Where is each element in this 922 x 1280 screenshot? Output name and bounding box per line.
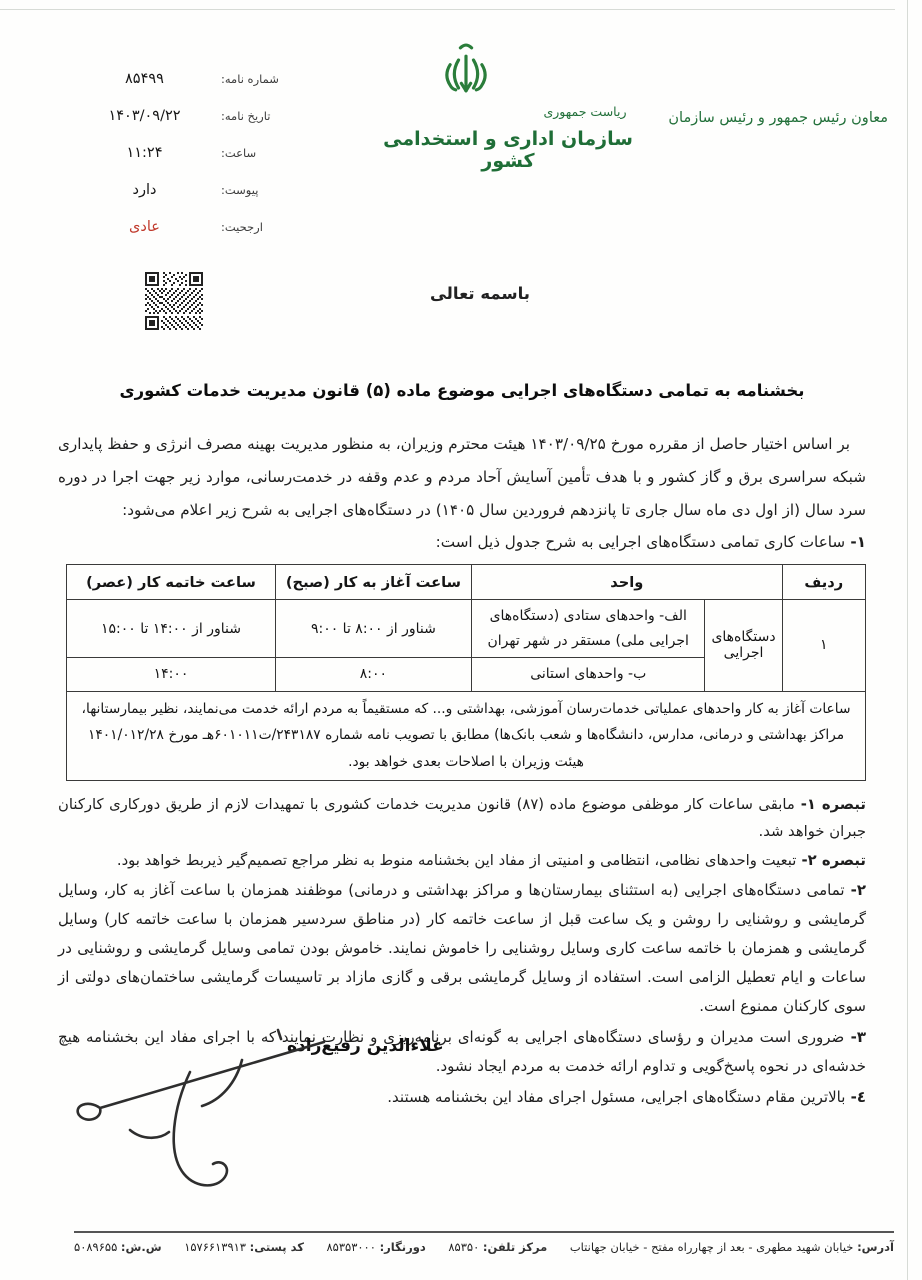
item-4-number: ٤- xyxy=(845,1088,866,1106)
col-header-start-time: ساعت آغاز به کار (صبح) xyxy=(275,565,471,600)
footer-registration-number: ش.ش: ۵۰۸۹۶۵۵ xyxy=(74,1240,162,1254)
priority-value: عادی xyxy=(68,219,221,235)
footer-address-label: آدرس: xyxy=(857,1240,894,1254)
letter-date-value: ۱۴۰۳/۰۹/۲۲ xyxy=(68,108,221,124)
unit-cell: ب- واحدهای استانی xyxy=(471,658,704,692)
unit-cell: الف- واحدهای ستادی (دستگاه‌های اجرایی مل… xyxy=(471,600,704,658)
meta-row-number: شماره نامه: ۸۵۴۹۹ xyxy=(68,60,313,97)
item-2-number: ۲- xyxy=(845,881,866,899)
group-cell: دستگاه‌های اجرایی xyxy=(705,600,782,692)
footer-address-value: خیابان شهید مطهری - بعد از چهارراه مفتح … xyxy=(570,1240,854,1254)
col-header-end-time: ساعت خاتمه کار (عصر) xyxy=(67,565,276,600)
col-header-unit: واحد xyxy=(471,565,782,600)
letter-number-value: ۸۵۴۹۹ xyxy=(68,71,221,87)
table-note-cell: ساعات آغاز به کار واحدهای عملیاتی خدمات‌… xyxy=(67,691,866,781)
note-1: تبصره ۱-مابقی ساعات کار موظفی موضوع ماده… xyxy=(58,791,866,845)
footer-fax-label: دورنگار: xyxy=(380,1240,426,1254)
note-2-text: تبعیت واحدهای نظامی، انتظامی و امنیتی از… xyxy=(117,852,796,869)
footer-registration-label: ش.ش: xyxy=(121,1240,162,1254)
footer-phone: مرکز تلفن: ۸۵۳۵۰ xyxy=(448,1240,547,1254)
basmala-text: باسمه تعالی xyxy=(390,284,570,303)
start-time-cell: شناور از ۸:۰۰ تا ۹:۰۰ xyxy=(275,600,471,658)
footer-postal-value: ۱۵۷۶۶۱۳۹۱۳ xyxy=(184,1240,246,1254)
letter-metadata: شماره نامه: ۸۵۴۹۹ تاریخ نامه: ۱۴۰۳/۰۹/۲۲… xyxy=(68,60,313,245)
attachment-label: پیوست: xyxy=(221,183,313,197)
table-note-row: ساعات آغاز به کار واحدهای عملیاتی خدمات‌… xyxy=(67,691,866,781)
scanned-letter-page: { "doc": { "meta": { "fields": [ {"label… xyxy=(0,0,922,1280)
item-2-text: تمامی دستگاه‌های اجرایی (به استثنای بیما… xyxy=(58,881,866,1015)
deputy-title: معاون رئیس جمهور و رئیس سازمان xyxy=(668,110,888,126)
intro-paragraph: بر اساس اختیار حاصل از مقرره مورخ ۱۴۰۳/۰… xyxy=(58,428,866,527)
footer-address: آدرس: خیابان شهید مطهری - بعد از چهارراه… xyxy=(570,1240,894,1254)
meta-row-priority: ارجحیت: عادی xyxy=(68,208,313,245)
start-time-cell: ۸:۰۰ xyxy=(275,658,471,692)
meta-row-date: تاریخ نامه: ۱۴۰۳/۰۹/۲۲ xyxy=(68,97,313,134)
letter-time-value: ۱۱:۲۴ xyxy=(68,145,221,161)
item-3-number: ۳- xyxy=(844,1028,866,1046)
presidency-caption: ریاست جمهوری xyxy=(520,104,650,119)
footer-registration-value: ۵۰۸۹۶۵۵ xyxy=(74,1240,117,1254)
footer-contact-bar: آدرس: خیابان شهید مطهری - بعد از چهارراه… xyxy=(74,1240,894,1254)
note-2-label: تبصره ۲- xyxy=(796,852,866,869)
letter-date-label: تاریخ نامه: xyxy=(221,109,313,123)
col-header-row-no: ردیف xyxy=(782,565,865,600)
item-4-text: بالاترین مقام دستگاه‌های اجرایی، مسئول ا… xyxy=(387,1088,845,1106)
note-1-label: تبصره ۱- xyxy=(795,796,866,813)
end-time-cell: شناور از ۱۴:۰۰ تا ۱۵:۰۰ xyxy=(67,600,276,658)
letter-number-label: شماره نامه: xyxy=(221,72,313,86)
qr-code xyxy=(145,272,203,330)
iran-emblem-icon xyxy=(438,38,494,110)
working-hours-table: ردیف واحد ساعت آغاز به کار (صبح) ساعت خا… xyxy=(66,564,866,781)
footer-fax: دورنگار: ۸۵۳۵۳۰۰۰ xyxy=(327,1240,426,1254)
footer-postal-code: کد پستی: ۱۵۷۶۶۱۳۹۱۳ xyxy=(184,1240,304,1254)
scan-right-edge xyxy=(907,0,908,1280)
item-1-number: ۱- xyxy=(845,533,866,551)
meta-row-time: ساعت: ۱۱:۲۴ xyxy=(68,134,313,171)
table-header-row: ردیف واحد ساعت آغاز به کار (صبح) ساعت خا… xyxy=(67,565,866,600)
organization-name: سازمان اداری و استخدامی کشور xyxy=(368,128,648,172)
scan-top-edge xyxy=(0,9,895,10)
footer-divider xyxy=(74,1231,894,1233)
footer-postal-label: کد پستی: xyxy=(250,1240,304,1254)
footer-phone-value: ۸۵۳۵۰ xyxy=(448,1240,479,1254)
item-1-text: ساعات کاری تمامی دستگاه‌های اجرایی به شر… xyxy=(436,533,845,551)
attachment-value: دارد xyxy=(68,182,221,198)
meta-row-attachment: پیوست: دارد xyxy=(68,171,313,208)
circular-title: بخشنامه به تمامی دستگاه‌های اجرایی موضوع… xyxy=(60,381,864,400)
priority-label: ارجحیت: xyxy=(221,220,313,234)
letter-body: بر اساس اختیار حاصل از مقرره مورخ ۱۴۰۳/۰… xyxy=(58,428,866,1114)
end-time-cell: ۱۴:۰۰ xyxy=(67,658,276,692)
note-2: تبصره ۲-تبعیت واحدهای نظامی، انتظامی و ا… xyxy=(58,847,866,874)
footer-fax-value: ۸۵۳۵۳۰۰۰ xyxy=(327,1240,376,1254)
row-number-cell: ۱ xyxy=(782,600,865,692)
item-2: ۲-تمامی دستگاه‌های اجرایی (به استثنای بی… xyxy=(58,876,866,1021)
table-row: ۱ دستگاه‌های اجرایی الف- واحدهای ستادی (… xyxy=(67,600,866,658)
note-1-text: مابقی ساعات کار موظفی موضوع ماده (۸۷) قا… xyxy=(58,796,866,840)
item-1: ۱-ساعات کاری تمامی دستگاه‌های اجرایی به … xyxy=(58,527,866,558)
letter-time-label: ساعت: xyxy=(221,146,313,160)
handwritten-signature xyxy=(72,1018,347,1208)
footer-phone-label: مرکز تلفن: xyxy=(483,1240,547,1254)
